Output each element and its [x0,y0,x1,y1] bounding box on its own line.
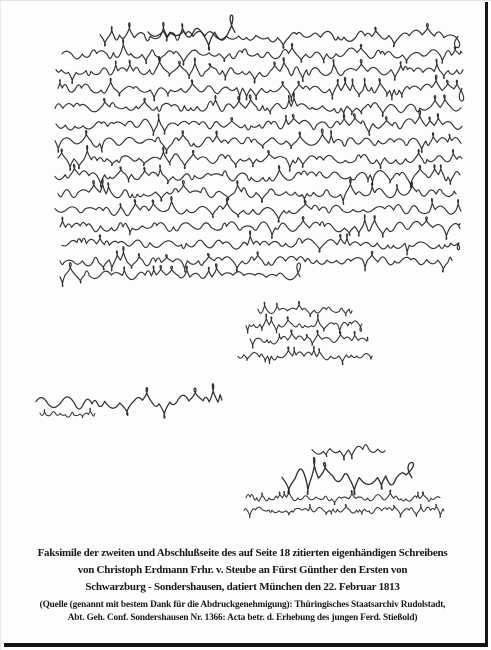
caption-block: Faksimile der zweiten und Abschlußseite … [0,545,485,625]
caption-source-line-1: (Quelle (genannt mit bestem Dank für die… [0,599,485,612]
caption-line-1: Faksimile der zweiten und Abschlußseite … [0,545,485,562]
scanned-letter-page: Faksimile der zweiten und Abschlußseite … [0,0,491,650]
scan-frame-right-border [485,2,488,647]
scan-frame-bottom-border [4,643,488,647]
caption-source-line-2: Abt. Geh. Conf. Sondershausen Nr. 1366: … [0,612,485,625]
caption-line-2: von Christoph Erdmann Frhr. v. Steube an… [0,562,485,579]
caption-line-3: Schwarzburg - Sondershausen, datiert Mün… [0,579,485,596]
